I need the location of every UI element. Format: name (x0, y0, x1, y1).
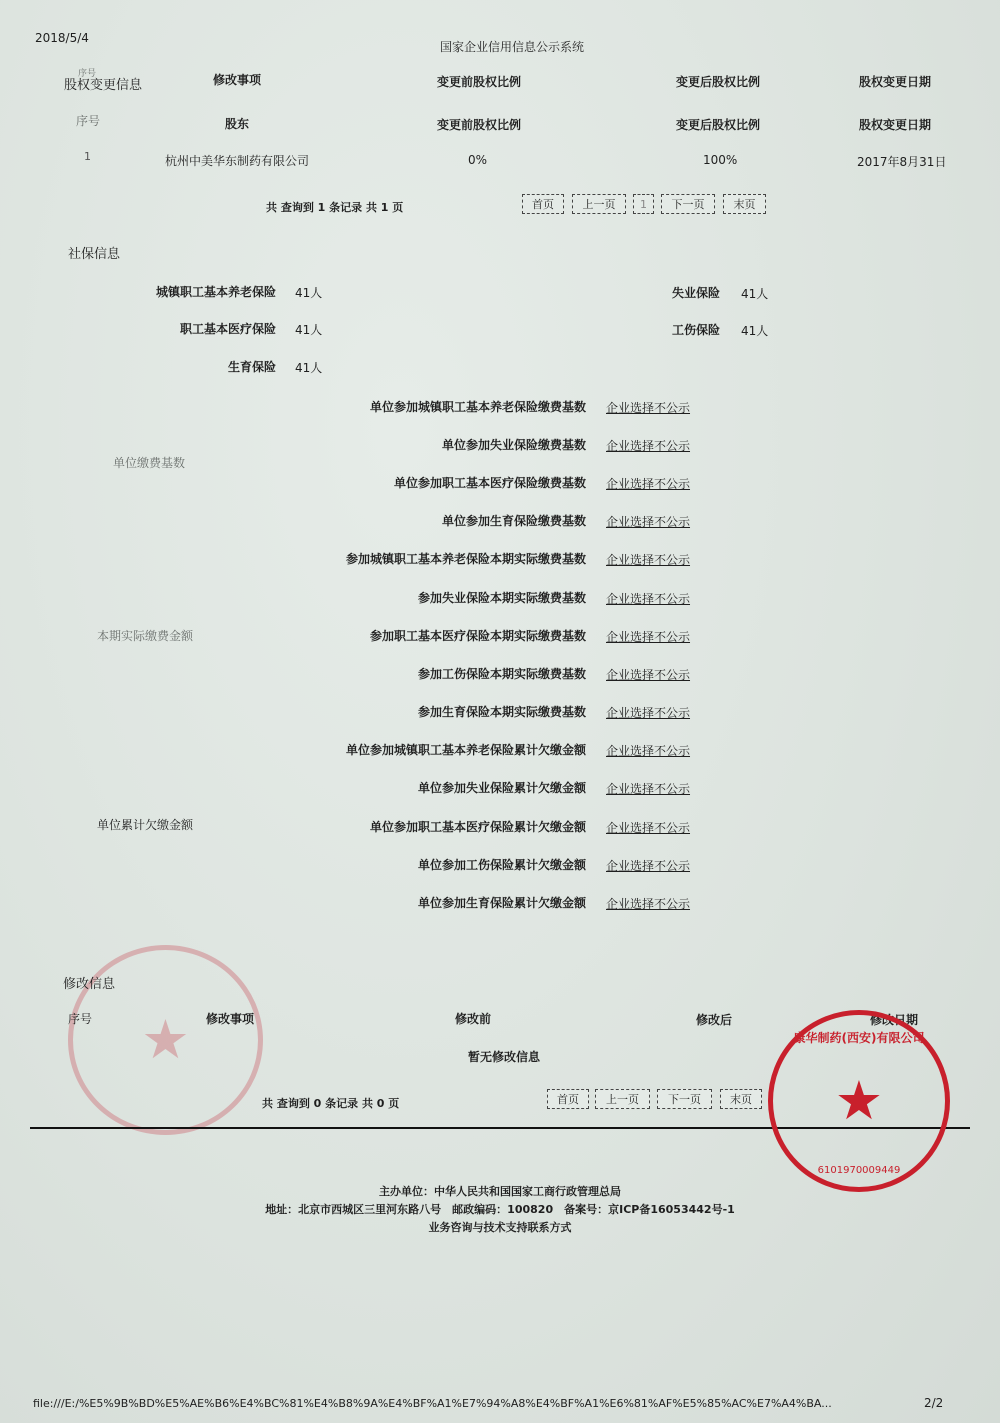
pagination-summary: 共 查询到 0 条记录 共 0 页 (262, 1095, 399, 1111)
field-label: 参加城镇职工基本养老保险本期实际缴费基数 (346, 550, 586, 567)
equity-header-index: 序号 (76, 112, 100, 129)
footer-address: 地址：北京市西城区三里河东路八号 邮政编码：100820 备案号：京ICP备16… (0, 1201, 1000, 1217)
next-page-button[interactable]: 下一页 (657, 1089, 712, 1109)
insured-value-injury: 41人 (741, 322, 768, 339)
equity-header-after-ratio-1: 变更后股权比例 (676, 73, 760, 90)
print-url: file:///E:/%E5%9B%BD%E5%AE%B6%E4%BC%81%E… (33, 1397, 832, 1410)
footer-sponsor: 主办单位：中华人民共和国国家工商行政管理总局 (0, 1183, 1000, 1199)
field-value[interactable]: 企业选择不公示 (606, 742, 690, 759)
group-label-contribution-base: 单位缴费基数 (113, 454, 185, 471)
field-value[interactable]: 企业选择不公示 (606, 704, 690, 721)
insured-value-maternity: 41人 (295, 359, 322, 376)
insured-label-injury: 工伤保险 (672, 321, 720, 338)
field-label: 参加工伤保险本期实际缴费基数 (418, 665, 586, 682)
row-change-date: 2017年8月31日 (857, 153, 946, 170)
equity-header-after-ratio: 变更后股权比例 (676, 116, 760, 133)
field-value[interactable]: 企业选择不公示 (606, 475, 690, 492)
seal-company-name: 康华制药(西安)有限公司 (773, 1029, 945, 1046)
equity-header-before-ratio-1: 变更前股权比例 (437, 73, 521, 90)
field-label: 单位参加生育保险缴费基数 (442, 512, 586, 529)
field-label: 参加职工基本医疗保险本期实际缴费基数 (370, 627, 586, 644)
field-label: 单位参加城镇职工基本养老保险缴费基数 (370, 398, 586, 415)
field-label: 单位参加职工基本医疗保险累计欠缴金额 (370, 818, 586, 835)
field-value[interactable]: 企业选择不公示 (606, 666, 690, 683)
field-label: 参加生育保险本期实际缴费基数 (418, 703, 586, 720)
last-page-button[interactable]: 末页 (723, 194, 766, 214)
company-seal: ★ 康华制药(西安)有限公司 6101970009449 (768, 1010, 950, 1192)
mod-header-index: 序号 (68, 1010, 92, 1027)
print-page-number: 2/2 (924, 1396, 943, 1410)
mod-header-before: 修改前 (455, 1010, 491, 1027)
field-value[interactable]: 企业选择不公示 (606, 819, 690, 836)
field-value[interactable]: 企业选择不公示 (606, 780, 690, 797)
field-label: 参加失业保险本期实际缴费基数 (418, 589, 586, 606)
last-page-button[interactable]: 末页 (720, 1089, 762, 1109)
next-page-button[interactable]: 下一页 (661, 194, 715, 214)
field-value[interactable]: 企业选择不公示 (606, 551, 690, 568)
insured-value-pension: 41人 (295, 284, 322, 301)
field-label: 单位参加失业保险累计欠缴金额 (418, 779, 586, 796)
equity-header-modified-item: 修改事项 (213, 71, 261, 88)
seal-code: 6101970009449 (773, 1165, 945, 1176)
mod-header-date: 修改日期 (870, 1011, 918, 1028)
footer-divider (30, 1127, 970, 1129)
prev-page-button[interactable]: 上一页 (595, 1089, 650, 1109)
equity-header-change-date: 股权变更日期 (859, 116, 931, 133)
insured-label-medical: 职工基本医疗保险 (180, 320, 276, 337)
section-title-modification: 修改信息 (63, 973, 115, 992)
row-after-ratio: 100% (703, 153, 737, 167)
page-title: 国家企业信用信息公示系统 (440, 38, 584, 55)
field-value[interactable]: 企业选择不公示 (606, 628, 690, 645)
field-label: 单位参加失业保险缴费基数 (442, 436, 586, 453)
field-value[interactable]: 企业选择不公示 (606, 895, 690, 912)
field-value[interactable]: 企业选择不公示 (606, 437, 690, 454)
field-label: 单位参加生育保险累计欠缴金额 (418, 894, 586, 911)
footer-contact-link[interactable]: 业务咨询与技术支持联系方式 (0, 1219, 1000, 1235)
insured-label-unemployment: 失业保险 (672, 284, 720, 301)
seal-star-icon: ★ (835, 1074, 883, 1128)
first-page-button[interactable]: 首页 (522, 194, 564, 214)
mod-header-after: 修改后 (696, 1011, 732, 1028)
field-value[interactable]: 企业选择不公示 (606, 857, 690, 874)
current-page-button[interactable]: 1 (633, 194, 654, 214)
mod-header-item: 修改事项 (206, 1010, 254, 1027)
field-label: 单位参加职工基本医疗保险缴费基数 (394, 474, 586, 491)
prev-page-button[interactable]: 上一页 (572, 194, 626, 214)
row-index: 1 (84, 150, 91, 163)
field-label: 单位参加城镇职工基本养老保险累计欠缴金额 (346, 741, 586, 758)
equity-header-shareholder: 股东 (225, 115, 249, 132)
section-title-equity-change: 股权变更信息 (64, 74, 142, 93)
row-shareholder: 杭州中美华东制药有限公司 (165, 152, 309, 169)
first-page-button[interactable]: 首页 (547, 1089, 589, 1109)
empty-modification-message: 暂无修改信息 (468, 1048, 540, 1065)
insured-label-pension: 城镇职工基本养老保险 (156, 283, 276, 300)
row-before-ratio: 0% (468, 153, 487, 167)
equity-header-date-1: 股权变更日期 (859, 73, 931, 90)
group-label-actual-payment: 本期实际缴费金额 (97, 627, 193, 644)
field-value[interactable]: 企业选择不公示 (606, 590, 690, 607)
section-title-social-security: 社保信息 (68, 243, 120, 262)
pagination-summary: 共 查询到 1 条记录 共 1 页 (266, 199, 403, 215)
insured-value-unemployment: 41人 (741, 285, 768, 302)
print-date: 2018/5/4 (35, 31, 89, 45)
field-value[interactable]: 企业选择不公示 (606, 399, 690, 416)
field-label: 单位参加工伤保险累计欠缴金额 (418, 856, 586, 873)
group-label-arrears: 单位累计欠缴金额 (97, 816, 193, 833)
equity-header-before-ratio: 变更前股权比例 (437, 116, 521, 133)
insured-value-medical: 41人 (295, 321, 322, 338)
insured-label-maternity: 生育保险 (228, 358, 276, 375)
field-value[interactable]: 企业选择不公示 (606, 513, 690, 530)
seal-star-icon: ★ (141, 1013, 189, 1067)
